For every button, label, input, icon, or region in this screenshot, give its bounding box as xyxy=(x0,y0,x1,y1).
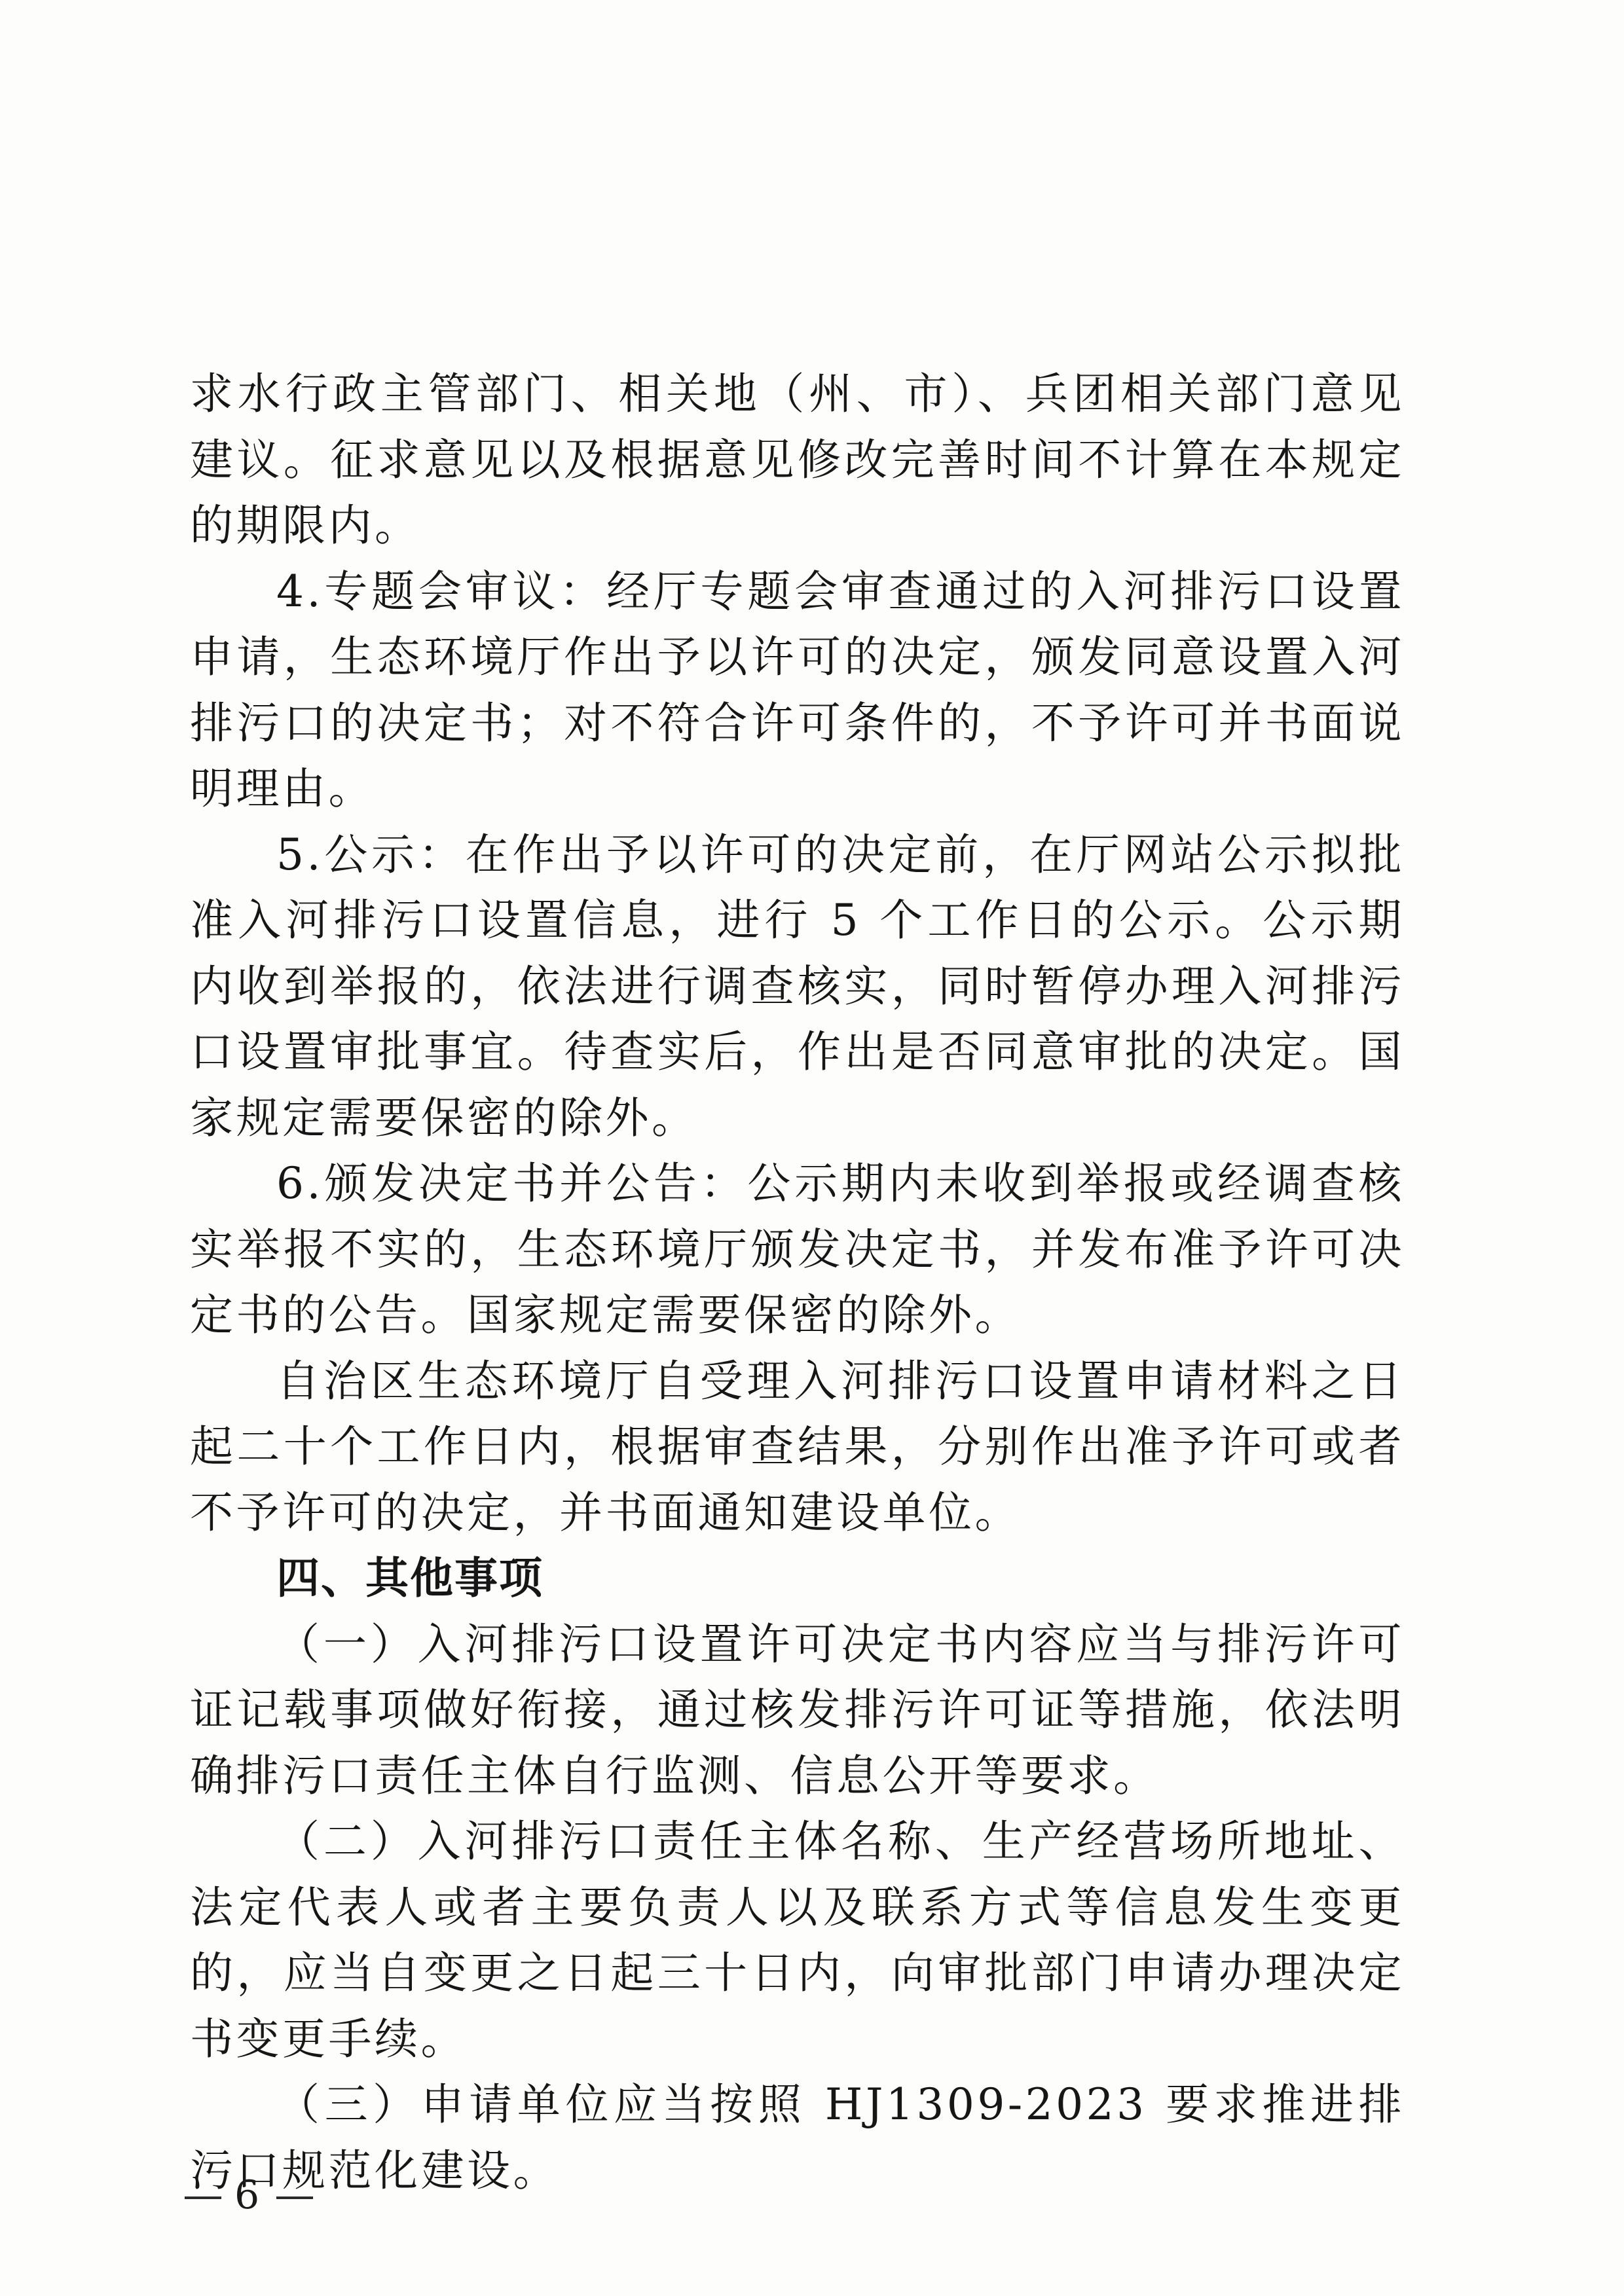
document-page: 求水行政主管部门、相关地（州、市）、兵团相关部门意见建议。征求意见以及根据意见修… xyxy=(0,0,1624,2296)
page-number-value: 6 xyxy=(234,2172,263,2218)
paragraph-continuation-consultation: 求水行政主管部门、相关地（州、市）、兵团相关部门意见建议。征求意见以及根据意见修… xyxy=(190,361,1405,559)
page-number-footer: 6 xyxy=(172,2172,326,2218)
paragraph-processing-deadline: 自治区生态环境厅自受理入河排污口设置申请材料之日起二十个工作日内，根据审查结果，… xyxy=(190,1349,1405,1546)
paragraph-step-5-public-notice: 5.公示：在作出予以许可的决定前，在厅网站公示拟批准入河排污口设置信息，进行 5… xyxy=(190,822,1405,1152)
paragraph-step-6-issue-decision: 6.颁发决定书并公告：公示期内未收到举报或经调查核实举报不实的，生态环境厅颁发决… xyxy=(190,1151,1405,1349)
paragraph-item-3-standardization: （三）申请单位应当按照 HJ1309-2023 要求推进排污口规范化建设。 xyxy=(190,2072,1405,2204)
section-heading-other-matters: 四、其他事项 xyxy=(190,1546,1405,1612)
page-number-right-dash xyxy=(276,2196,313,2199)
paragraph-item-1-permit-linkage: （一）入河排污口设置许可决定书内容应当与排污许可证记载事项做好衔接，通过核发排污… xyxy=(190,1612,1405,1810)
page-number-left-dash xyxy=(185,2196,221,2199)
paragraph-item-2-information-change: （二）入河排污口责任主体名称、生产经营场所地址、法定代表人或者主要负责人以及联系… xyxy=(190,1809,1405,2072)
paragraph-step-4-special-meeting-review: 4.专题会审议：经厅专题会审查通过的入河排污口设置申请，生态环境厅作出予以许可的… xyxy=(190,559,1405,822)
document-body: 求水行政主管部门、相关地（州、市）、兵团相关部门意见建议。征求意见以及根据意见修… xyxy=(190,361,1405,2204)
